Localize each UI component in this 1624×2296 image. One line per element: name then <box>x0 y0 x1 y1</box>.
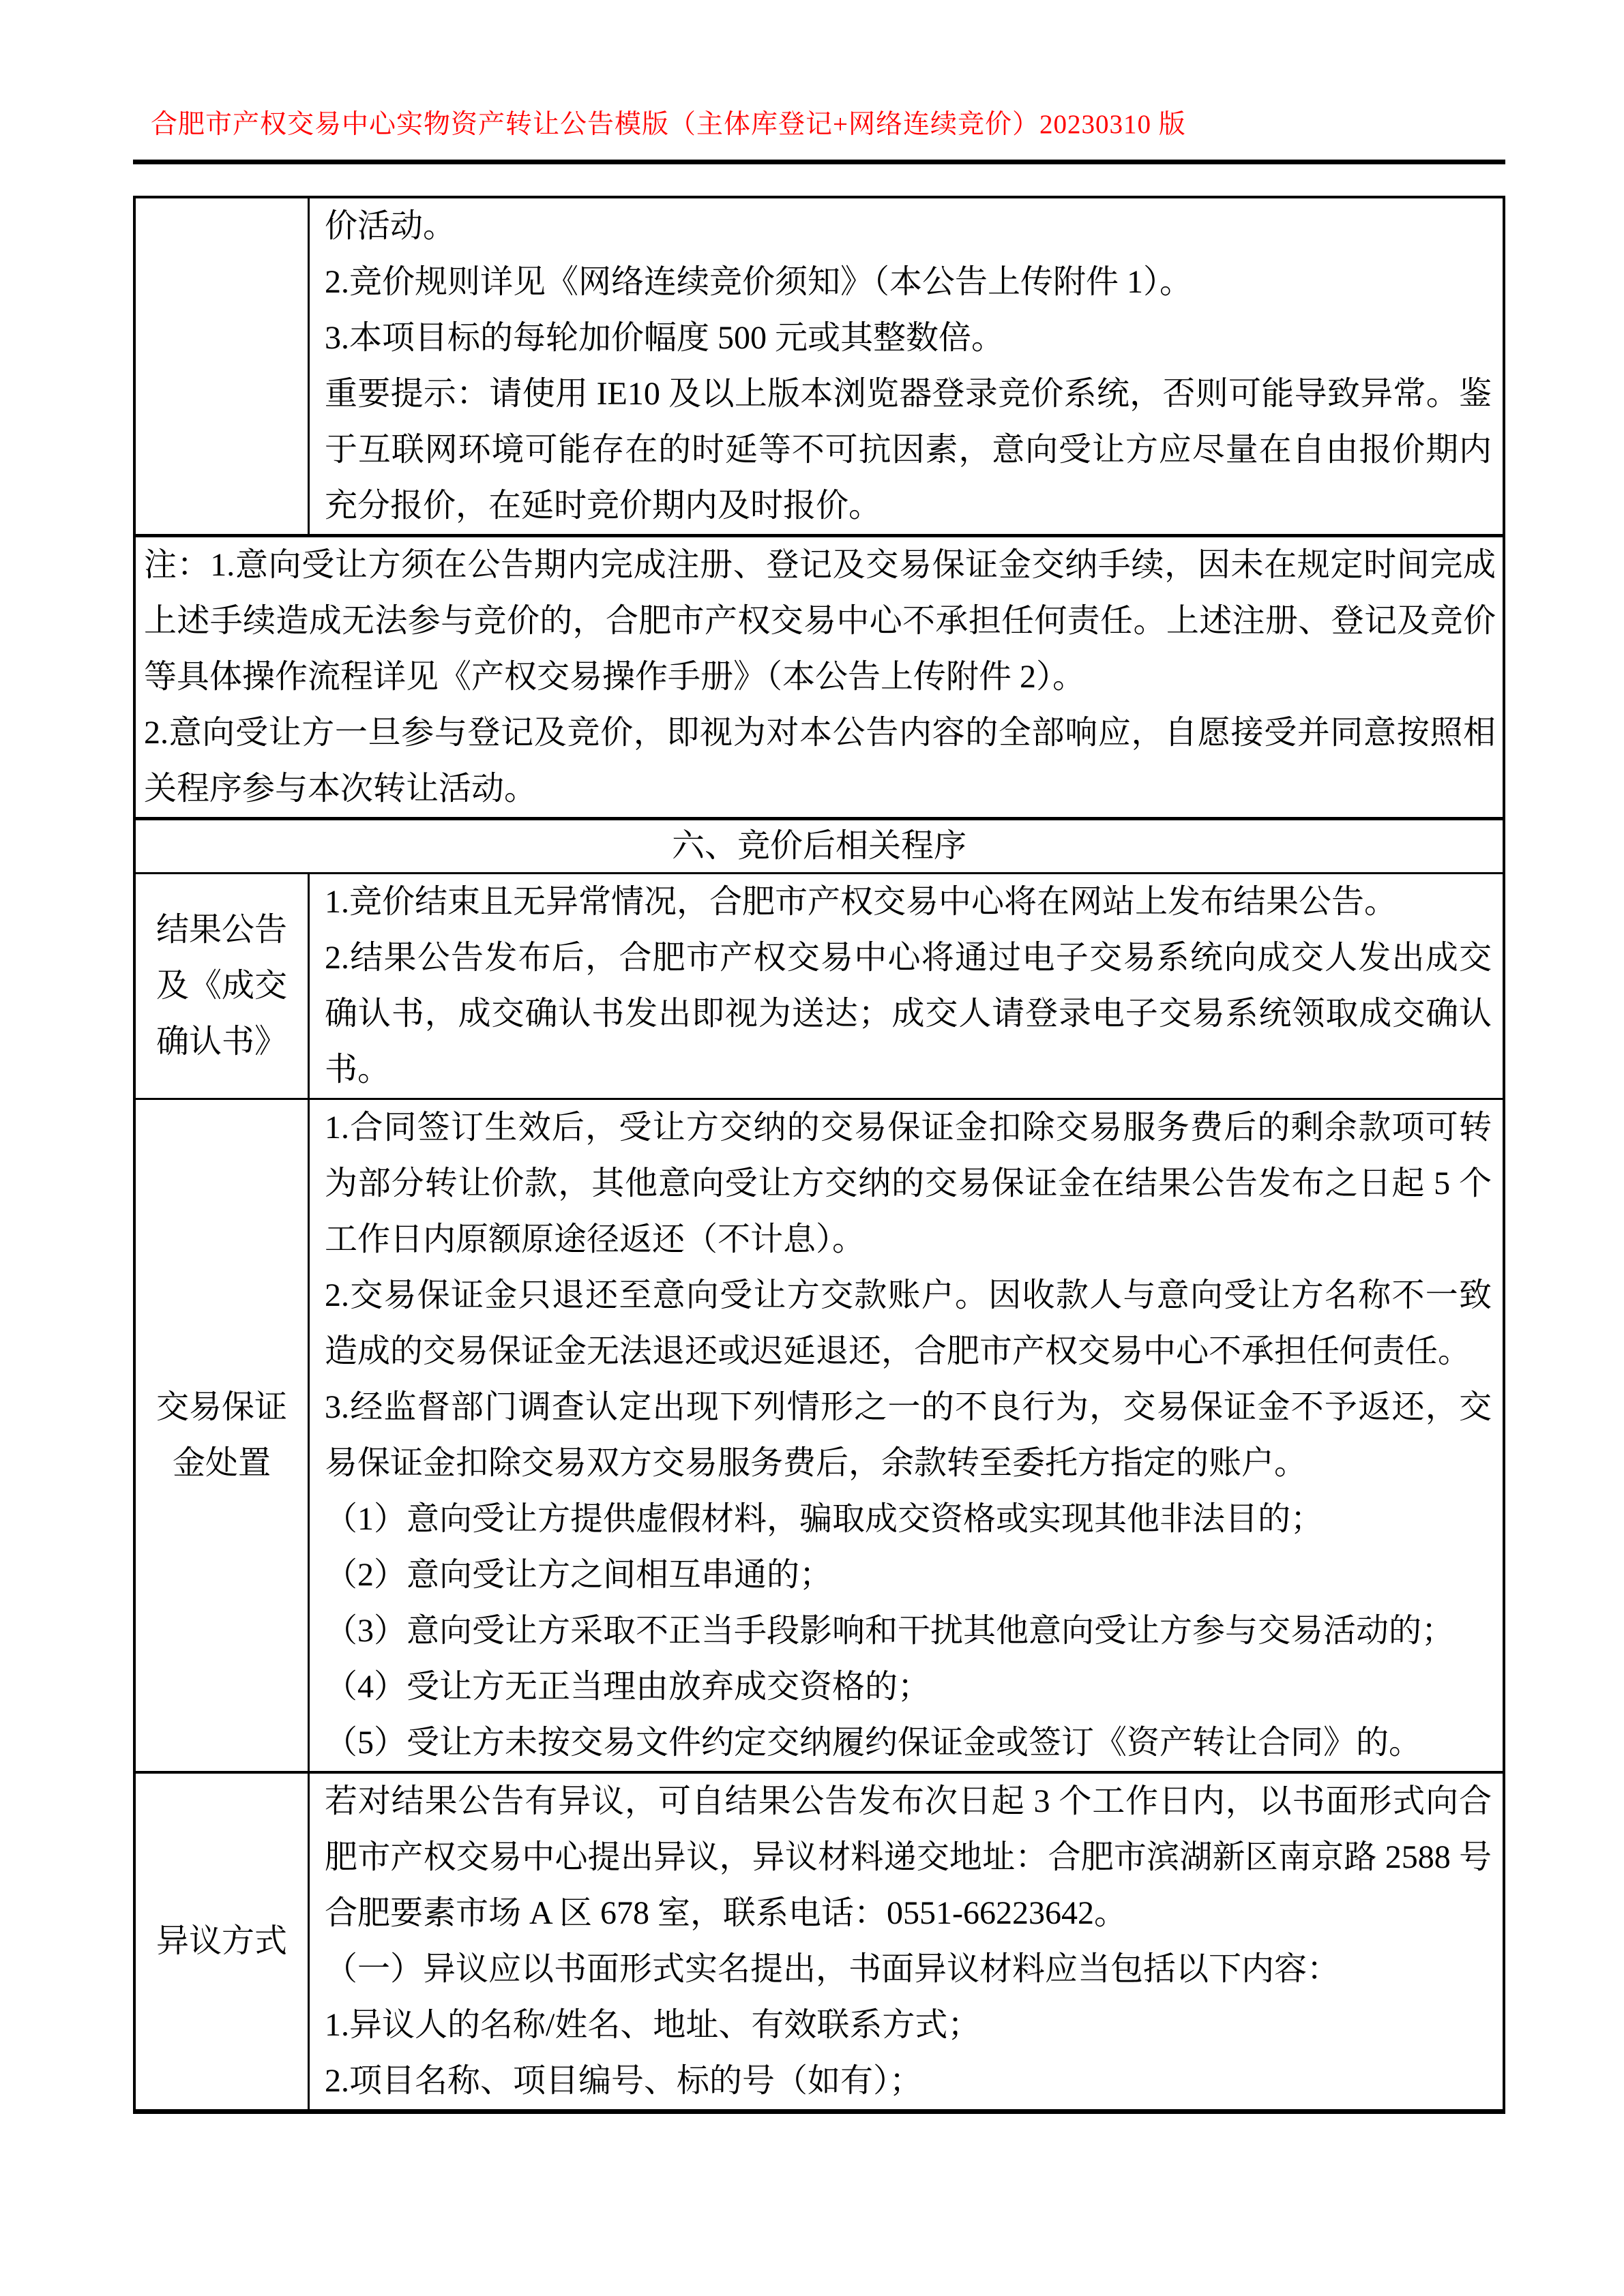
header-underline <box>133 160 1505 164</box>
row-label-line: 确认书》 <box>156 1014 287 1070</box>
page-header: 合肥市产权交易中心实物资产转让公告模版（主体库登记+网络连续竞价）2023031… <box>133 0 1505 164</box>
paragraph: 3.本项目标的每轮加价幅度 500 元或其整数倍。 <box>325 310 1492 366</box>
paragraph: 2.结果公告发布后，合肥市产权交易中心将通过电子交易系统向成交人发出成交确认书，… <box>325 930 1492 1098</box>
paragraph: 注：1.意向受让方须在公告期内完成注册、登记及交易保证金交纳手续，因未在规定时间… <box>144 537 1496 705</box>
paragraph: （2）意向受让方之间相互串通的； <box>325 1547 1492 1603</box>
row-label-line: 金处置 <box>156 1435 287 1491</box>
row-label-line: 交易保证 <box>156 1380 287 1435</box>
paragraph: （一）异议应以书面形式实名提出，书面异议材料应当包括以下内容： <box>325 1941 1492 1997</box>
paragraph: 2.竞价规则详见《网络连续竞价须知》（本公告上传附件 1）。 <box>325 254 1492 310</box>
document-title: 合肥市产权交易中心实物资产转让公告模版（主体库登记+网络连续竞价）2023031… <box>133 108 1505 142</box>
continued-bidding-row: 价活动。 2.竞价规则详见《网络连续竞价须知》（本公告上传附件 1）。 3.本项… <box>136 198 1503 534</box>
paragraph: 1.竞价结束且无异常情况，合肥市产权交易中心将在网站上发布结果公告。 <box>325 874 1492 930</box>
paragraph: 2.交易保证金只退还至意向受让方交款账户。因收款人与意向受让方名称不一致造成的交… <box>325 1268 1492 1380</box>
row-label-result-announcement: 结果公告 及《成交 确认书》 <box>136 874 310 1098</box>
empty-row-label <box>136 198 310 534</box>
row-label-line: 异议方式 <box>156 1913 287 1969</box>
paragraph: （4）受让方无正当理由放弃成交资格的； <box>325 1659 1492 1715</box>
paragraph: 1.合同签订生效后，受让方交纳的交易保证金扣除交易服务费后的剩余款项可转为部分转… <box>325 1100 1492 1268</box>
note-row: 注：1.意向受让方须在公告期内完成注册、登记及交易保证金交纳手续，因未在规定时间… <box>136 534 1503 817</box>
paragraph: 3.经监督部门调查认定出现下列情形之一的不良行为，交易保证金不予返还，交易保证金… <box>325 1380 1492 1491</box>
paragraph: （3）意向受让方采取不正当手段影响和干扰其他意向受让方参与交易活动的； <box>325 1603 1492 1659</box>
section-title: 六、竞价后相关程序 <box>136 820 1503 872</box>
row-label-line: 结果公告 <box>156 902 287 958</box>
paragraph: 2.项目名称、项目编号、标的号（如有）； <box>325 2053 1492 2109</box>
section-header-row: 六、竞价后相关程序 <box>136 817 1503 872</box>
announcement-table: 价活动。 2.竞价规则详见《网络连续竞价须知》（本公告上传附件 1）。 3.本项… <box>133 196 1505 2114</box>
objection-row-content: 若对结果公告有异议，可自结果公告发布次日起 3 个工作日内，以书面形式向合肥市产… <box>310 1774 1503 2109</box>
row-label-objection-method: 异议方式 <box>136 1774 310 2109</box>
paragraph: 1.异议人的名称/姓名、地址、有效联系方式； <box>325 1997 1492 2053</box>
row-label-line: 及《成交 <box>156 958 287 1014</box>
result-row-content: 1.竞价结束且无异常情况，合肥市产权交易中心将在网站上发布结果公告。 2.结果公… <box>310 874 1503 1098</box>
bidding-row-content: 价活动。 2.竞价规则详见《网络连续竞价须知》（本公告上传附件 1）。 3.本项… <box>310 198 1503 534</box>
paragraph: 若对结果公告有异议，可自结果公告发布次日起 3 个工作日内，以书面形式向合肥市产… <box>325 1774 1492 1941</box>
paragraph: 重要提示：请使用 IE10 及以上版本浏览器登录竞价系统，否则可能导致异常。鉴于… <box>325 366 1492 534</box>
document-page: 合肥市产权交易中心实物资产转让公告模版（主体库登记+网络连续竞价）2023031… <box>0 0 1624 2296</box>
deposit-row-content: 1.合同签订生效后，受让方交纳的交易保证金扣除交易服务费后的剩余款项可转为部分转… <box>310 1100 1503 1771</box>
objection-row: 异议方式 若对结果公告有异议，可自结果公告发布次日起 3 个工作日内，以书面形式… <box>136 1771 1503 2109</box>
paragraph: 2.意向受让方一旦参与登记及竞价，即视为对本公告内容的全部响应，自愿接受并同意按… <box>144 705 1496 817</box>
result-announcement-row: 结果公告 及《成交 确认书》 1.竞价结束且无异常情况，合肥市产权交易中心将在网… <box>136 872 1503 1098</box>
deposit-disposal-row: 交易保证 金处置 1.合同签订生效后，受让方交纳的交易保证金扣除交易服务费后的剩… <box>136 1098 1503 1771</box>
paragraph: （1）意向受让方提供虚假材料，骗取成交资格或实现其他非法目的； <box>325 1491 1492 1547</box>
paragraph: 价活动。 <box>325 198 1492 254</box>
paragraph: （5）受让方未按交易文件约定交纳履约保证金或签订《资产转让合同》的。 <box>325 1715 1492 1771</box>
note-row-content: 注：1.意向受让方须在公告期内完成注册、登记及交易保证金交纳手续，因未在规定时间… <box>136 537 1503 817</box>
row-label-deposit-disposal: 交易保证 金处置 <box>136 1100 310 1771</box>
